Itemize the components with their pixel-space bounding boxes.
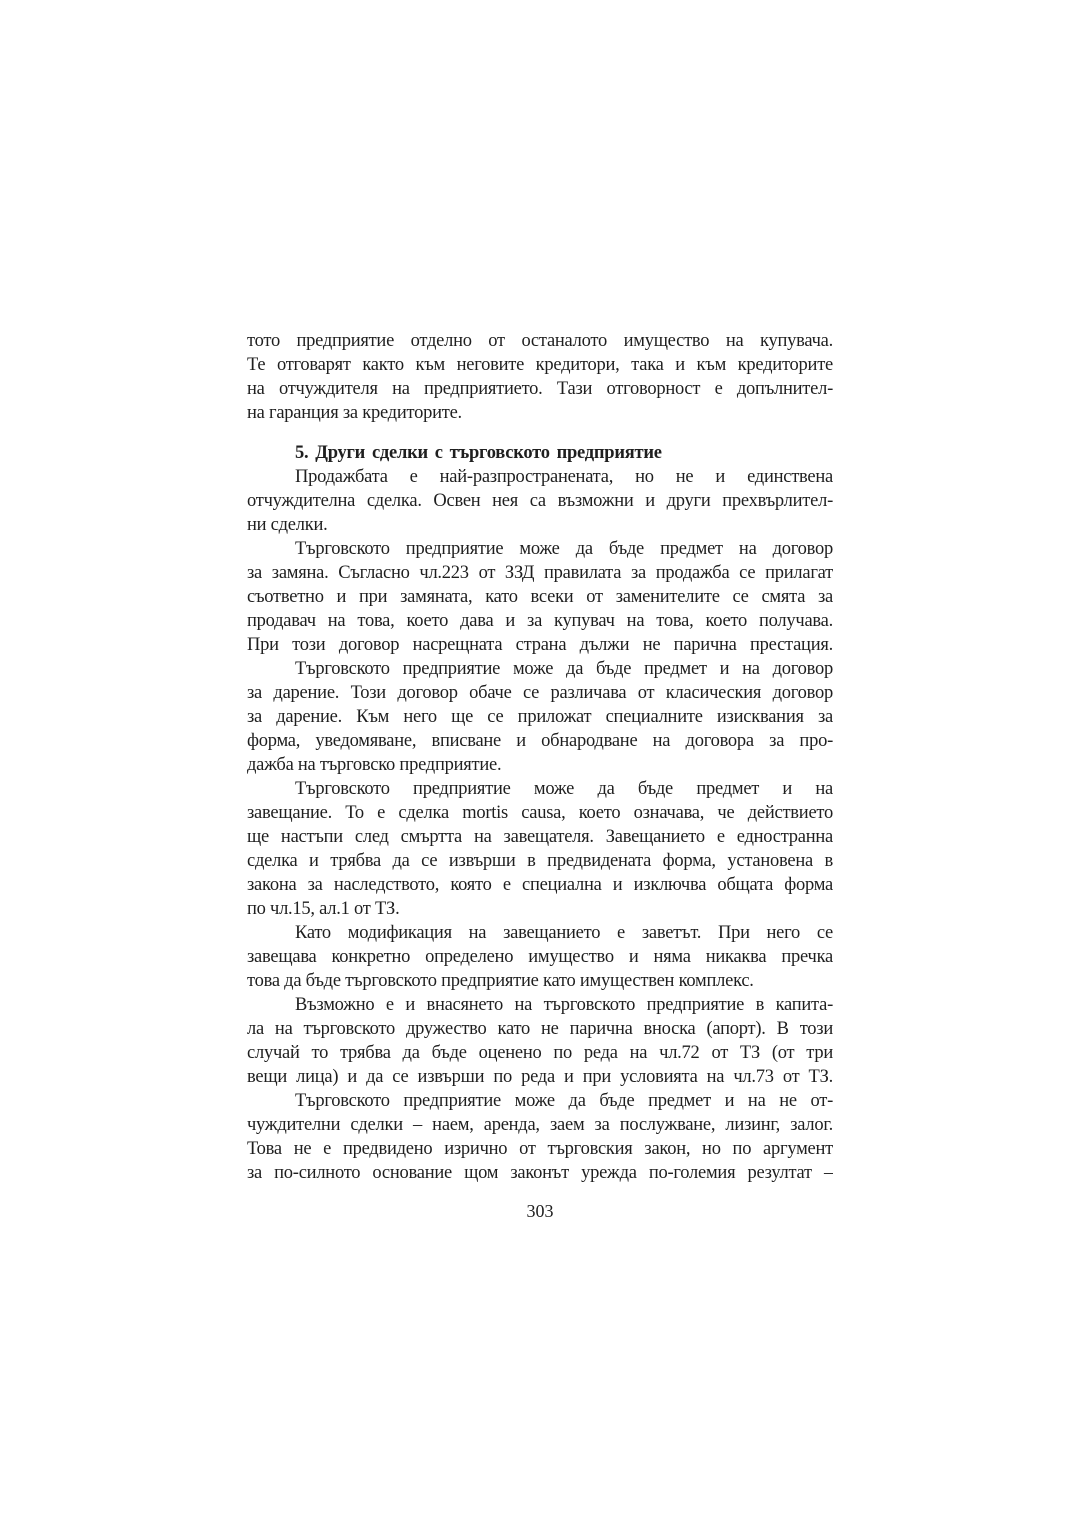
text-line: за замяна. Съгласно чл.223 от ЗЗД правил… [247,561,833,585]
text-line: чуждителни сделки – наем, аренда, заем з… [247,1113,833,1137]
text-line: вещи лица) и да се извърши по реда и при… [247,1065,833,1089]
text-line: това да бъде търговското предприятие кат… [247,969,833,993]
text-line: Търговското предприятие може да бъде пре… [247,1089,833,1113]
page-number: 303 [0,1199,1080,1223]
paragraph: Продажбата е най-разпространената, но не… [247,465,833,537]
text-line: ни сделки. [247,513,833,537]
paragraph: тото предприятие отделно от останалото и… [247,329,833,425]
text-line: Възможно е и внасянето на търговското пр… [247,993,833,1017]
text-line: на гаранция за кредиторите. [247,401,833,425]
text-line: завещава конкретно определено имущество … [247,945,833,969]
text-line: завещание. То е сделка mortis causa, кое… [247,801,833,825]
text-line: Продажбата е най-разпространената, но не… [247,465,833,489]
text-line: При този договор насрещната страна дължи… [247,633,833,657]
text-line: закона за наследството, която е специалн… [247,873,833,897]
paragraph: Търговското предприятие може да бъде пре… [247,1089,833,1185]
text-line: по чл.15, ал.1 от ТЗ. [247,897,833,921]
section-heading: 5. Други сделки с търговското предприяти… [247,441,833,465]
text-line: Те отговарят както към неговите кредитор… [247,353,833,377]
text-line: за по-силното основание щом законът уреж… [247,1161,833,1185]
text-column: тото предприятие отделно от останалото и… [247,329,833,1185]
text-line: Търговското предприятие може да бъде пре… [247,657,833,681]
text-line: случай то трябва да бъде оценено по реда… [247,1041,833,1065]
text-line: форма, уведомяване, вписване и обнародва… [247,729,833,753]
paragraph: Търговското предприятие може да бъде пре… [247,777,833,921]
text-line: продавач на това, което дава и за купува… [247,609,833,633]
text-line: дажба на търговско предприятие. [247,753,833,777]
text-line: Търговското предприятие може да бъде пре… [247,537,833,561]
text-line: за дарение. Към него ще се приложат спец… [247,705,833,729]
text-line: за дарение. Този договор обаче се различ… [247,681,833,705]
text-line: сделка и трябва да се извърши в предвиде… [247,849,833,873]
text-line: Търговското предприятие може да бъде пре… [247,777,833,801]
text-line: ла на търговското дружество като не пари… [247,1017,833,1041]
paragraph: Възможно е и внасянето на търговското пр… [247,993,833,1089]
paragraph: Като модификация на завещанието е заветъ… [247,921,833,993]
text-line: съответно и при замяната, като всеки от … [247,585,833,609]
paragraph: Търговското предприятие може да бъде пре… [247,657,833,777]
text-line: на отчуждителя на предприятието. Тази от… [247,377,833,401]
paragraph: Търговското предприятие може да бъде пре… [247,537,833,657]
text-line: Това не е предвидено изрично от търговск… [247,1137,833,1161]
text-line: Като модификация на завещанието е заветъ… [247,921,833,945]
text-line: тото предприятие отделно от останалото и… [247,329,833,353]
scanned-book-page: тото предприятие отделно от останалото и… [0,0,1080,1528]
heading-text: 5. Други сделки с търговското предприяти… [247,441,833,465]
text-line: отчуждителна сделка. Освен нея са възмож… [247,489,833,513]
text-line: ще настъпи след смъртта на завещателя. З… [247,825,833,849]
